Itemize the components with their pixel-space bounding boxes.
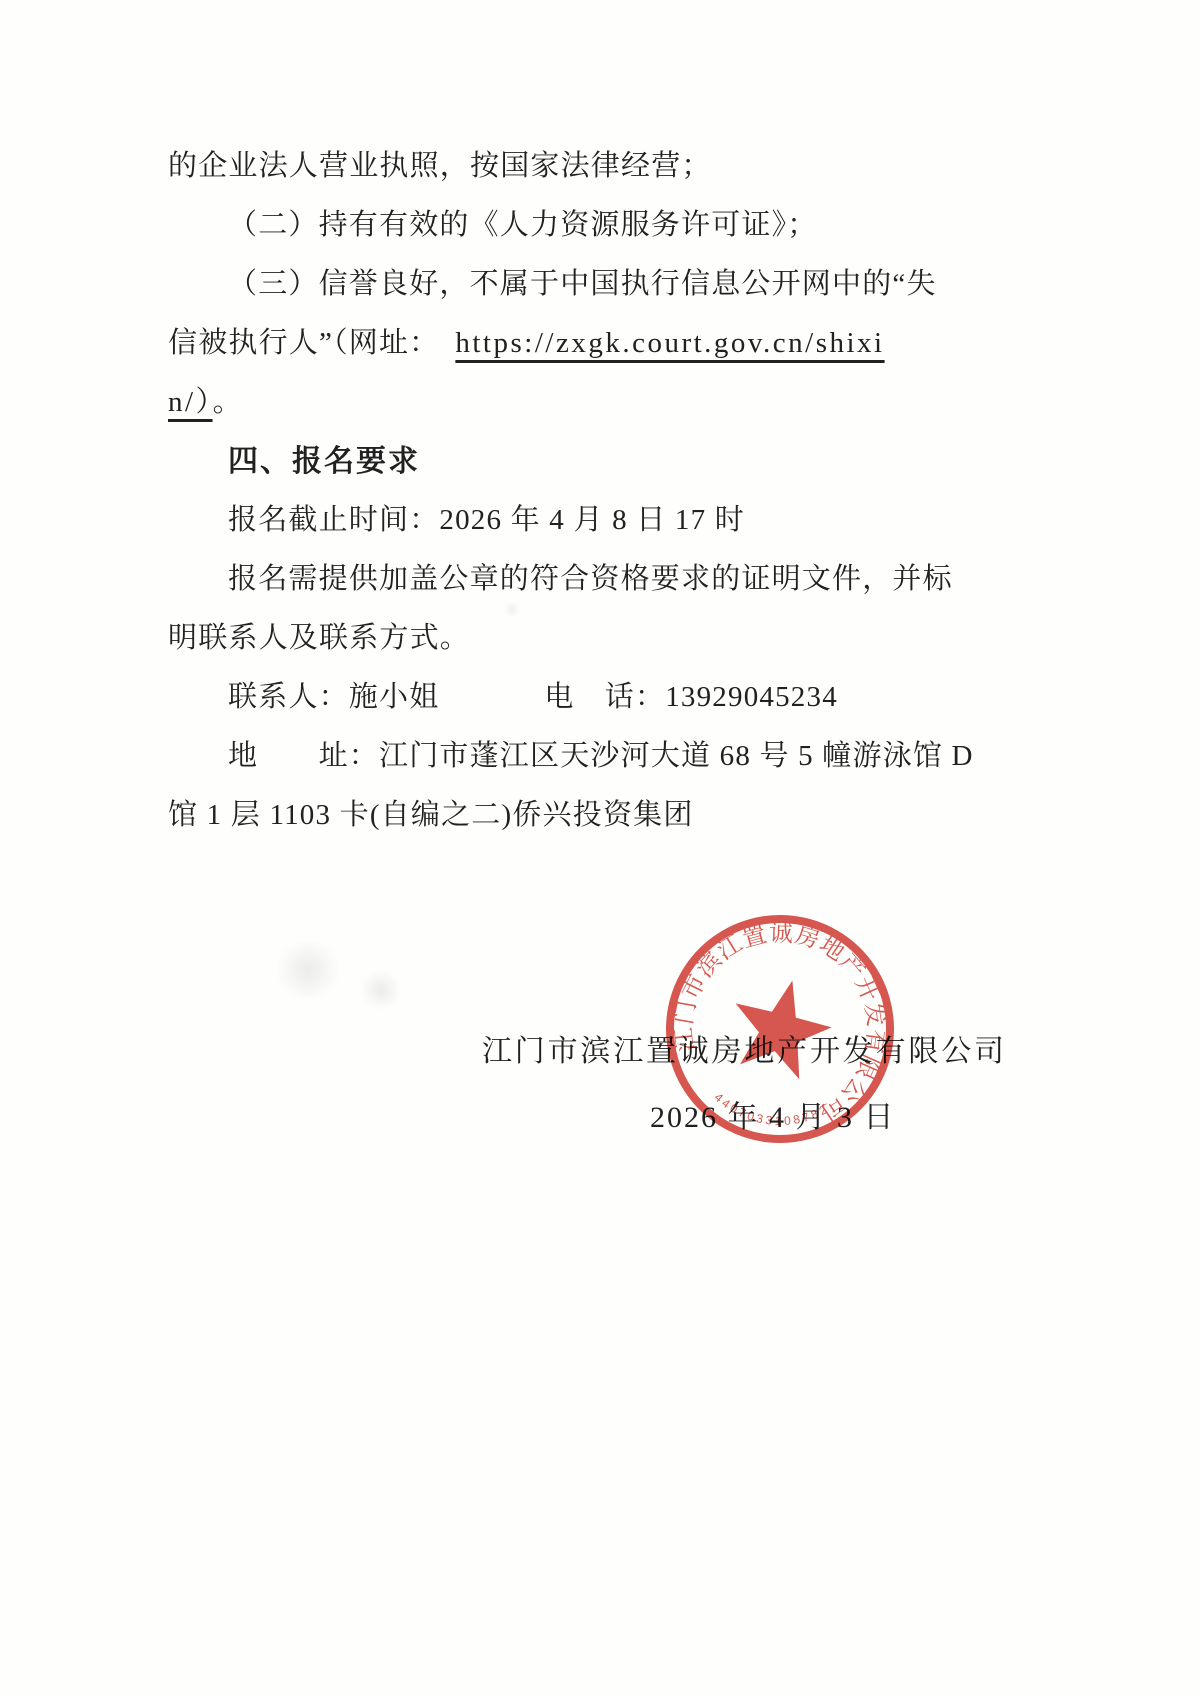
body-line-url: 信被执行人”（网址：https://zxgk.court.gov.cn/shix… <box>168 314 978 373</box>
body-line-item-2-text: （二）持有有效的《人力资源服务许可证》； <box>228 209 818 241</box>
body-line-url-prefix: 信被执行人”（网址： <box>168 327 439 359</box>
contact-phone-text: 电 话：13929045234 <box>544 681 838 713</box>
deadline-text: 报名截止时间：2026 年 4 月 8 日 17 时 <box>228 504 745 536</box>
court-url-tail-text: n/） <box>168 386 213 418</box>
requirement-line-1-text: 报名需提供加盖公章的符合资格要求的证明文件，并标 <box>228 563 953 595</box>
company-seal: 江门市滨江置诚房地产开发有限公司 4407033108782 <box>645 894 915 1164</box>
section-heading-text: 四、报名要求 <box>228 445 420 478</box>
address-line-1-text: 地 址：江门市蓬江区天沙河大道 68 号 5 幢游泳馆 D <box>228 740 974 772</box>
scan-smudge <box>358 972 404 1008</box>
contact-line: 联系人：施小姐电 话：13929045234 <box>168 668 978 727</box>
scan-smudge <box>503 603 521 616</box>
body-line-url-tail: n/）。 <box>168 373 978 432</box>
contact-person-text: 联系人：施小姐 <box>228 681 439 713</box>
court-url-text: https://zxgk.court.gov.cn/shixi <box>455 327 884 359</box>
body-text: 的企业法人营业执照，按国家法律经营； （二）持有有效的《人力资源服务许可证》； … <box>168 137 978 845</box>
address-line-2: 馆 1 层 1103 卡(自编之二)侨兴投资集团 <box>168 786 978 845</box>
requirement-line-2: 明联系人及联系方式。 <box>168 609 978 668</box>
period-text: 。 <box>213 386 243 418</box>
body-line-item-3-text: （三）信誉良好，不属于中国执行信息公开网中的“失 <box>228 268 937 300</box>
deadline-line: 报名截止时间：2026 年 4 月 8 日 17 时 <box>168 491 978 550</box>
section-heading-registration: 四、报名要求 <box>168 432 978 491</box>
company-seal-svg: 江门市滨江置诚房地产开发有限公司 4407033108782 <box>645 894 915 1164</box>
body-line-license: 的企业法人营业执照，按国家法律经营； <box>168 137 978 196</box>
requirement-line-1: 报名需提供加盖公章的符合资格要求的证明文件，并标 <box>168 550 978 609</box>
document-page: 的企业法人营业执照，按国家法律经营； （二）持有有效的《人力资源服务许可证》； … <box>0 0 1200 1696</box>
requirement-line-2-text: 明联系人及联系方式。 <box>168 622 470 654</box>
body-line-item-2: （二）持有有效的《人力资源服务许可证》； <box>168 196 978 255</box>
address-line-1: 地 址：江门市蓬江区天沙河大道 68 号 5 幢游泳馆 D <box>168 727 978 786</box>
body-line-item-3: （三）信誉良好，不属于中国执行信息公开网中的“失 <box>168 255 978 314</box>
address-line-2-text: 馆 1 层 1103 卡(自编之二)侨兴投资集团 <box>168 799 694 831</box>
seal-star-icon <box>722 969 841 1084</box>
scan-smudge <box>272 942 344 998</box>
body-line-license-text: 的企业法人营业执照，按国家法律经营； <box>168 150 712 182</box>
